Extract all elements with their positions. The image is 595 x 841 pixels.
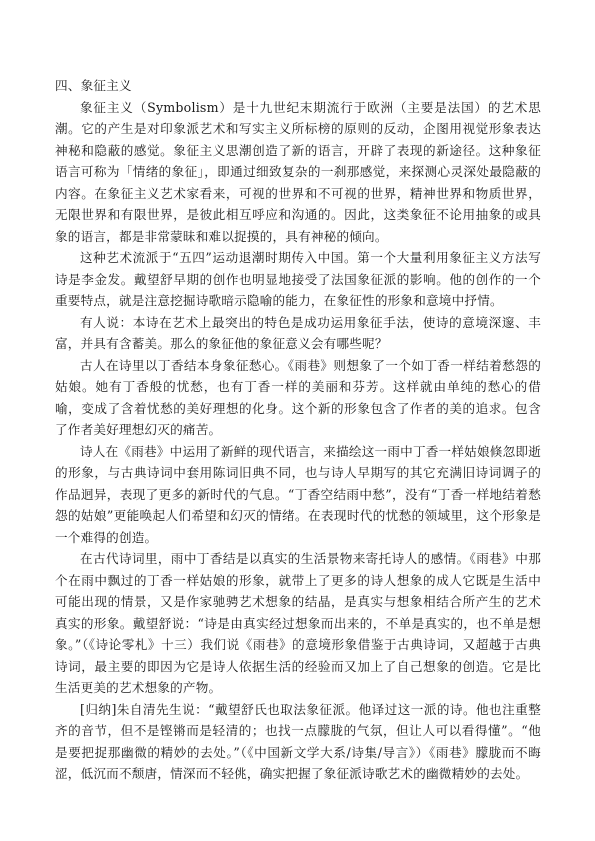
paragraph-ancient-poetry: 在古代诗词里，雨中丁香结是以真实的生活景物来寄托诗人的感情。《雨巷》中那个在雨中… bbox=[55, 548, 541, 699]
paragraph-modern-language: 诗人在《雨巷》中运用了新鲜的现代语言，来描绘这一雨中丁香一样姑娘倏忽即逝的形象，… bbox=[55, 441, 541, 549]
section-title: 四、象征主义 bbox=[55, 75, 541, 97]
paragraph-introduction-to-china: 这种艺术流派于“五四”运动退潮时期传入中国。第一个大量利用象征主义方法写诗是李金… bbox=[55, 247, 541, 312]
document-page: 四、象征主义 象征主义（Symbolism）是十九世纪末期流行于欧洲（主要是法国… bbox=[55, 75, 541, 785]
paragraph-question: 有人说：本诗在艺术上最突出的特色是成功运用象征手法，使诗的意境深邃、丰富，并具有… bbox=[55, 312, 541, 355]
paragraph-symbolism-definition: 象征主义（Symbolism）是十九世纪末期流行于欧洲（主要是法国）的艺术思潮。… bbox=[55, 97, 541, 248]
paragraph-summary: [归纳]朱自清先生说：“戴望舒氏也取法象征派。他译过这一派的诗。他也注重整齐的音… bbox=[55, 699, 541, 785]
paragraph-lilac-symbol: 古人在诗里以丁香结本身象征愁心。《雨巷》则想象了一个如丁香一样结着愁怨的姑娘。她… bbox=[55, 355, 541, 441]
